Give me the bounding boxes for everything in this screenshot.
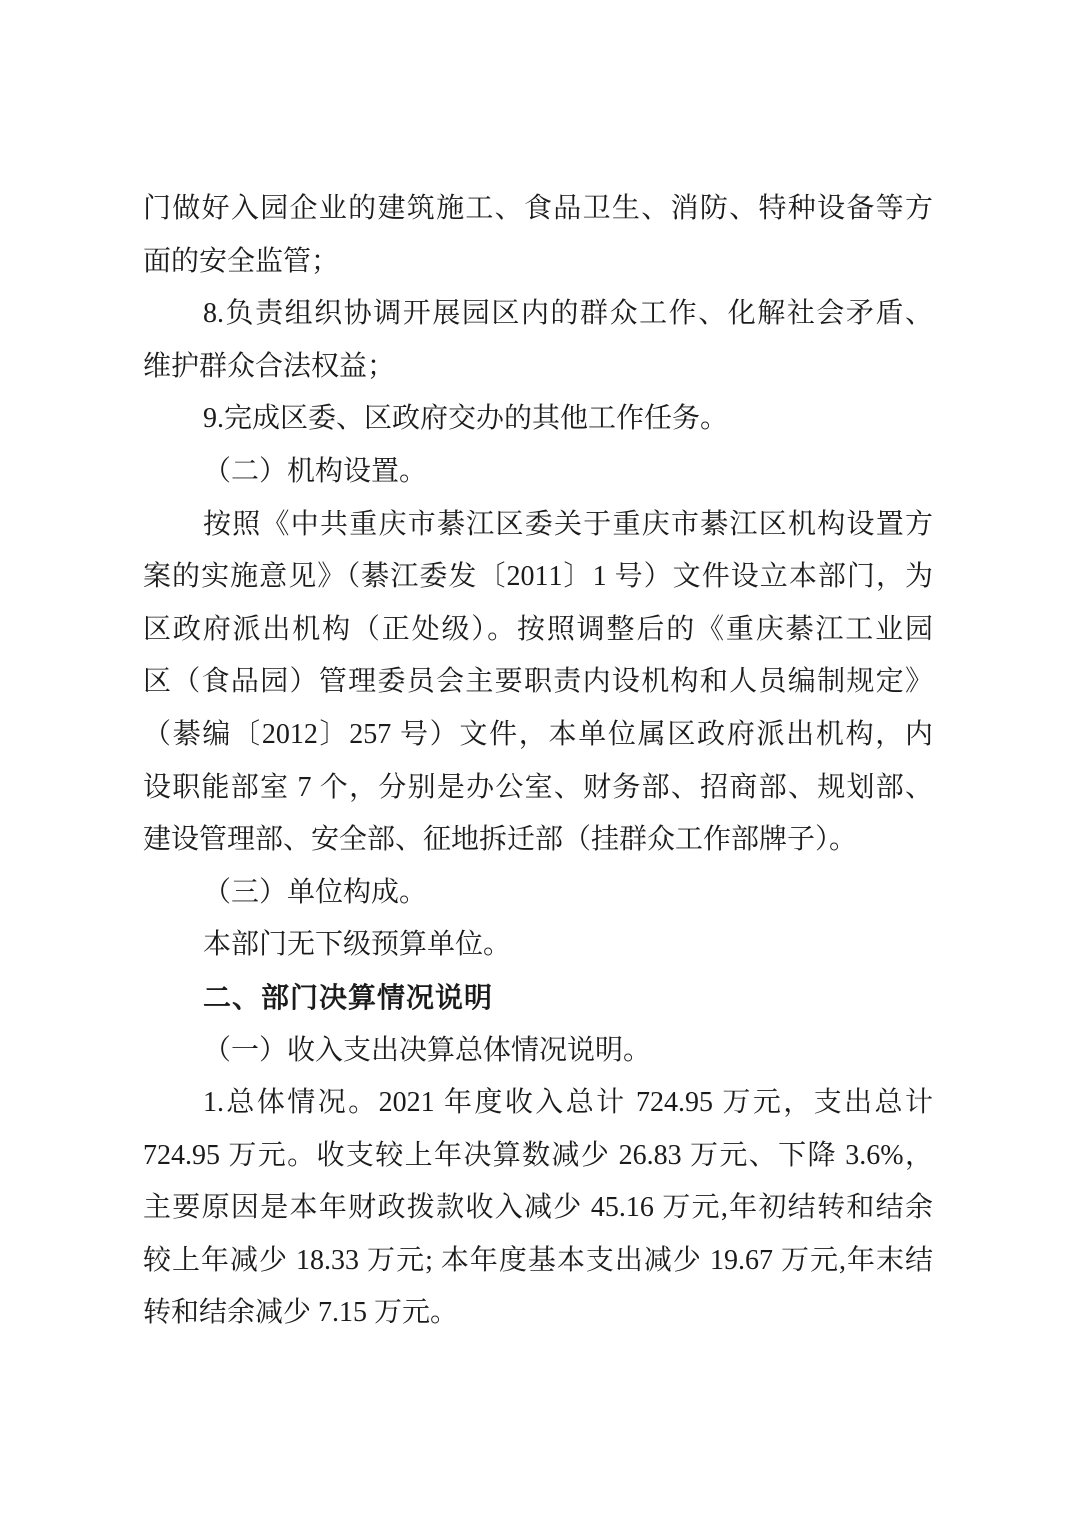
text-line: 9.完成区委、区政府交办的其他工作任务。 [143, 393, 933, 446]
text-line: 二、部门决算情况说明 [143, 972, 933, 1025]
text-line: 建设管理部、安全部、征地拆迁部（挂群众工作部牌子）。 [143, 814, 933, 867]
text-line: 门做好入园企业的建筑施工、食品卫生、消防、特种设备等方 [143, 183, 933, 236]
text-line: 面的安全监管； [143, 236, 933, 289]
text-line: （一）收入支出决算总体情况说明。 [143, 1025, 933, 1078]
text-line: （綦编〔2012〕257 号）文件，本单位属区政府派出机构，内 [143, 709, 933, 762]
text-line: 本部门无下级预算单位。 [143, 919, 933, 972]
text-line: 按照《中共重庆市綦江区委关于重庆市綦江区机构设置方 [143, 499, 933, 552]
text-line: 主要原因是本年财政拨款收入减少 45.16 万元,年初结转和结余 [143, 1182, 933, 1235]
text-line: （三）单位构成。 [143, 867, 933, 920]
text-line: 案的实施意见》（綦江委发〔2011〕1 号）文件设立本部门，为 [143, 551, 933, 604]
document-text-block: 门做好入园企业的建筑施工、食品卫生、消防、特种设备等方面的安全监管；8.负责组织… [143, 183, 933, 1340]
text-line: 8.负责组织协调开展园区内的群众工作、化解社会矛盾、 [143, 288, 933, 341]
text-line: 维护群众合法权益； [143, 341, 933, 394]
text-line: 较上年减少 18.33 万元; 本年度基本支出减少 19.67 万元,年末结 [143, 1235, 933, 1288]
text-line: 设职能部室 7 个，分别是办公室、财务部、招商部、规划部、 [143, 762, 933, 815]
text-line: 区政府派出机构（正处级）。按照调整后的《重庆綦江工业园 [143, 604, 933, 657]
text-line: 724.95 万元。收支较上年决算数减少 26.83 万元、下降 3.6%， [143, 1130, 933, 1183]
document-page: 门做好入园企业的建筑施工、食品卫生、消防、特种设备等方面的安全监管；8.负责组织… [0, 0, 1075, 1521]
text-line: 区（食品园）管理委员会主要职责内设机构和人员编制规定》 [143, 656, 933, 709]
text-line: 转和结余减少 7.15 万元。 [143, 1287, 933, 1340]
text-line: 1.总体情况。2021 年度收入总计 724.95 万元，支出总计 [143, 1077, 933, 1130]
text-line: （二）机构设置。 [143, 446, 933, 499]
